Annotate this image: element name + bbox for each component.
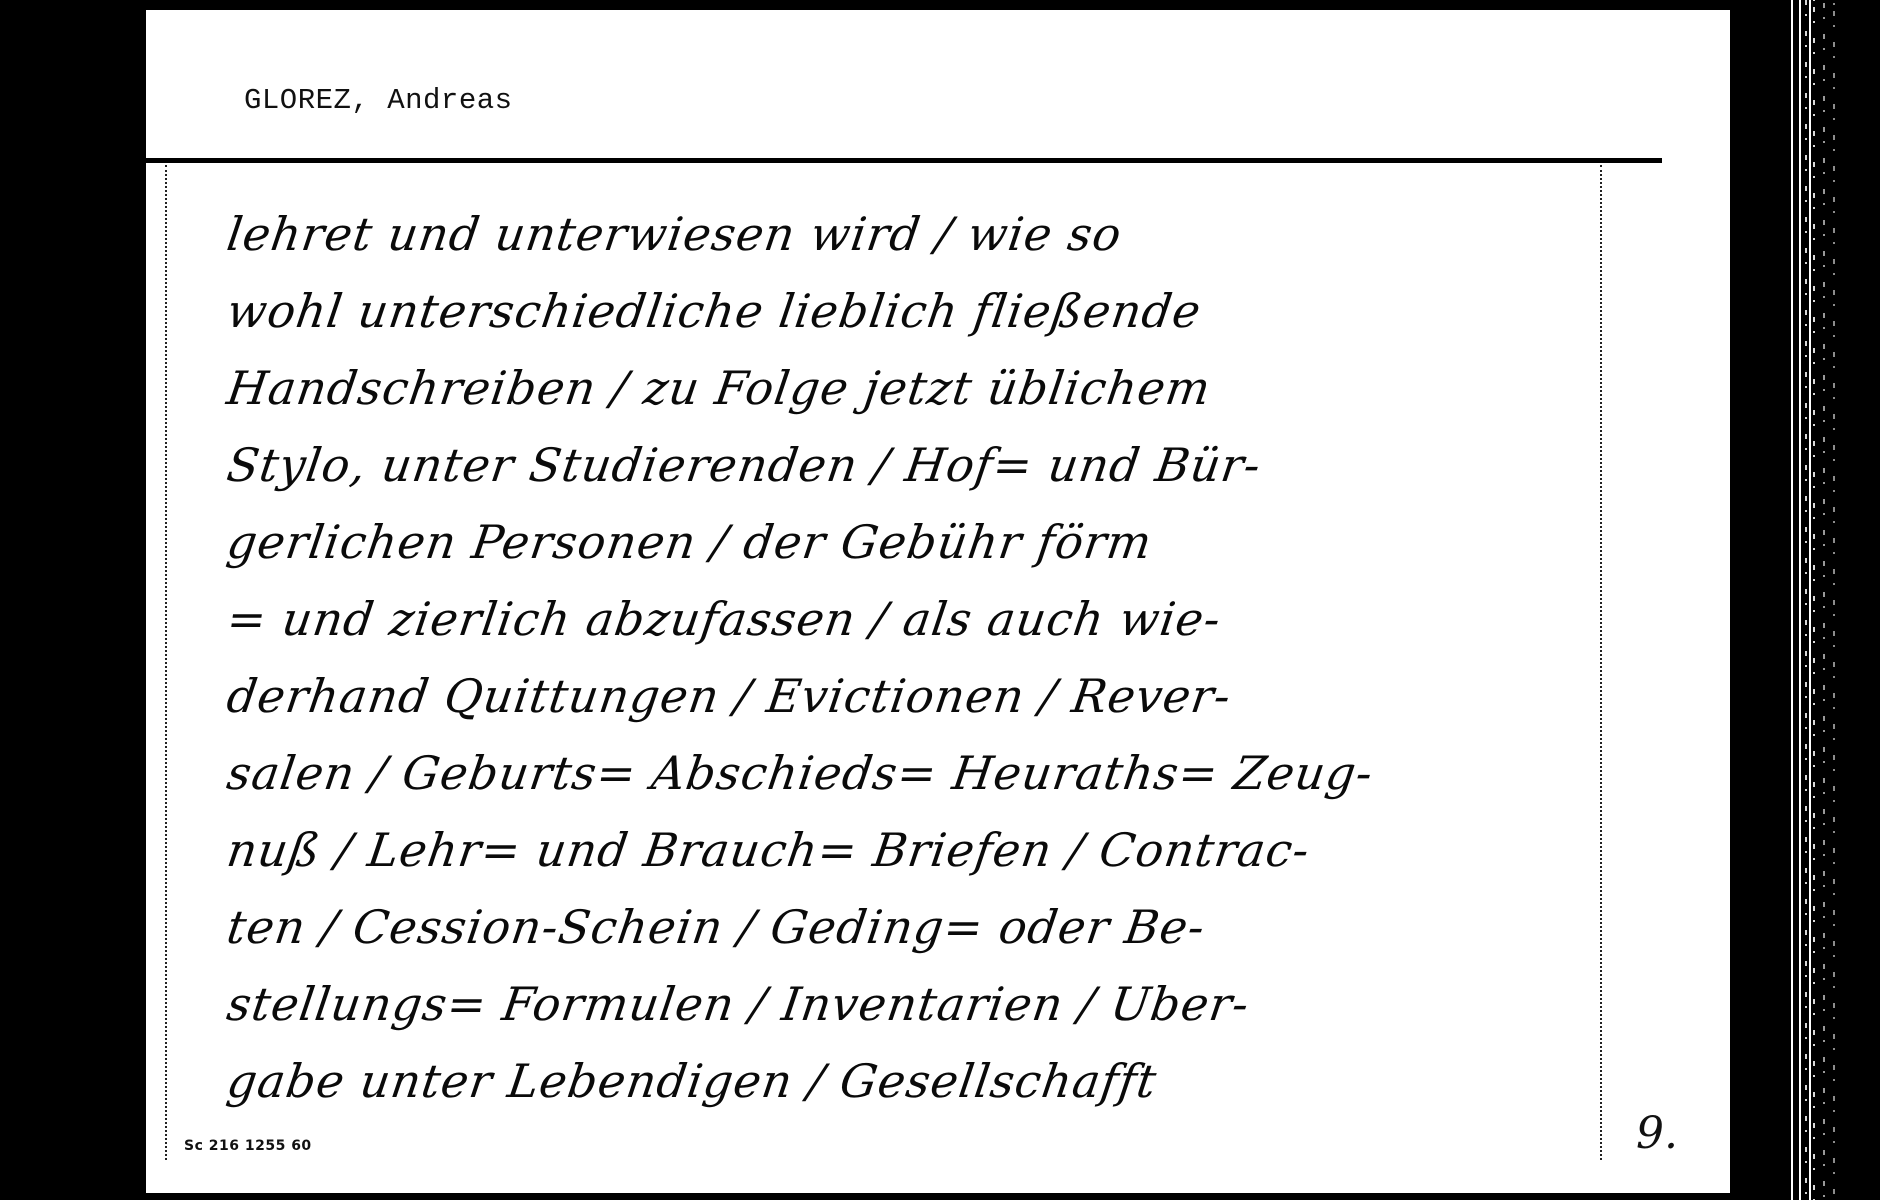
handwritten-line: Stylo, unter Studierenden / Hof= und Bür… [222, 427, 1643, 504]
handwritten-line: nuß / Lehr= und Brauch= Briefen / Contra… [222, 812, 1643, 889]
handwritten-line: gerlichen Personen / der Gebühr förm [222, 504, 1643, 581]
scan-noise [1823, 0, 1825, 1200]
document-page: GLOREZ, Andreas lehret und unterwiesen w… [146, 10, 1730, 1193]
handwritten-line: wohl unterschiedliche lieblich fließende [222, 273, 1643, 350]
scanner-edge-strip [1785, 0, 1845, 1200]
handwritten-text-block: lehret und unterwiesen wird / wie so woh… [222, 196, 1632, 1120]
handwritten-line: = und zierlich abzufassen / als auch wie… [222, 581, 1643, 658]
header-divider [146, 158, 1662, 163]
scan-noise [1805, 0, 1807, 1200]
handwritten-line: ten / Cession-Schein / Geding= oder Be- [222, 889, 1643, 966]
left-margin-dotted-line [165, 165, 167, 1160]
page-number: 9. [1636, 1108, 1678, 1159]
record-header-name: GLOREZ, Andreas [244, 84, 513, 117]
archive-reference-code: Sc 216 1255 60 [184, 1138, 312, 1154]
handwritten-line: salen / Geburts= Abschieds= Heuraths= Ze… [222, 735, 1643, 812]
scan-noise [1833, 0, 1835, 1200]
handwritten-line: lehret und unterwiesen wird / wie so [222, 196, 1643, 273]
scan-noise [1813, 0, 1815, 1200]
handwritten-line: derhand Quittungen / Evictionen / Rever- [222, 658, 1643, 735]
scan-line [1791, 0, 1793, 1200]
handwritten-line: stellungs= Formulen / Inventarien / Uber… [222, 966, 1643, 1043]
scan-line [1799, 0, 1801, 1200]
handwritten-line: Handschreiben / zu Folge jetzt üblichem [222, 350, 1643, 427]
handwritten-line: gabe unter Lebendigen / Gesellschafft [222, 1043, 1643, 1120]
scan-line [1809, 0, 1811, 1200]
